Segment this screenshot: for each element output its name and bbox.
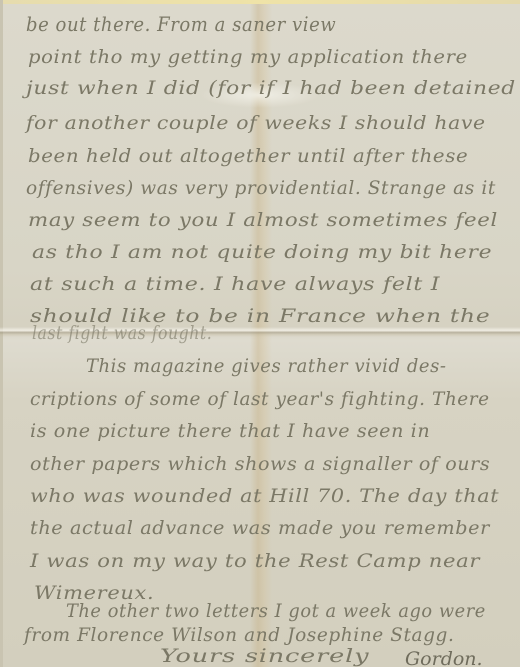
text-line: offensives) was very providential. Stran… (26, 177, 496, 199)
text-line: for another couple of weeks I should hav… (26, 112, 486, 134)
signature: Gordon. (405, 648, 483, 667)
text-line: at such a time. I have always felt I (30, 273, 440, 295)
closing-line: Yours sincerely (160, 645, 369, 667)
text-line: This magazine gives rather vivid des- (86, 355, 447, 377)
text-line: I was on my way to the Rest Camp near (30, 550, 480, 572)
text-line: may seem to you I almost sometimes feel (28, 209, 498, 231)
text-line: last fight was fought. (32, 322, 212, 344)
letter-page: be out there. From a saner view point th… (0, 0, 520, 667)
text-line: as tho I am not quite doing my bit here (32, 241, 492, 263)
text-line: other papers which shows a signaller of … (30, 453, 490, 475)
text-line: who was wounded at Hill 70. The day that (30, 485, 499, 507)
text-line: criptions of some of last year's fightin… (30, 388, 490, 410)
text-line: just when I did (for if I had been detai… (26, 77, 516, 99)
text-line: the actual advance was made you remember (30, 517, 490, 539)
handwritten-text: be out there. From a saner view point th… (0, 0, 520, 667)
text-line: The other two letters I got a week ago w… (66, 600, 486, 622)
text-line: be out there. From a saner view (26, 12, 336, 36)
text-line: been held out altogether until after the… (28, 145, 468, 167)
text-line: point tho my getting my application ther… (28, 46, 468, 68)
text-line: is one picture there that I have seen in (30, 420, 430, 442)
text-line: from Florence Wilson and Josephine Stagg… (24, 624, 454, 646)
